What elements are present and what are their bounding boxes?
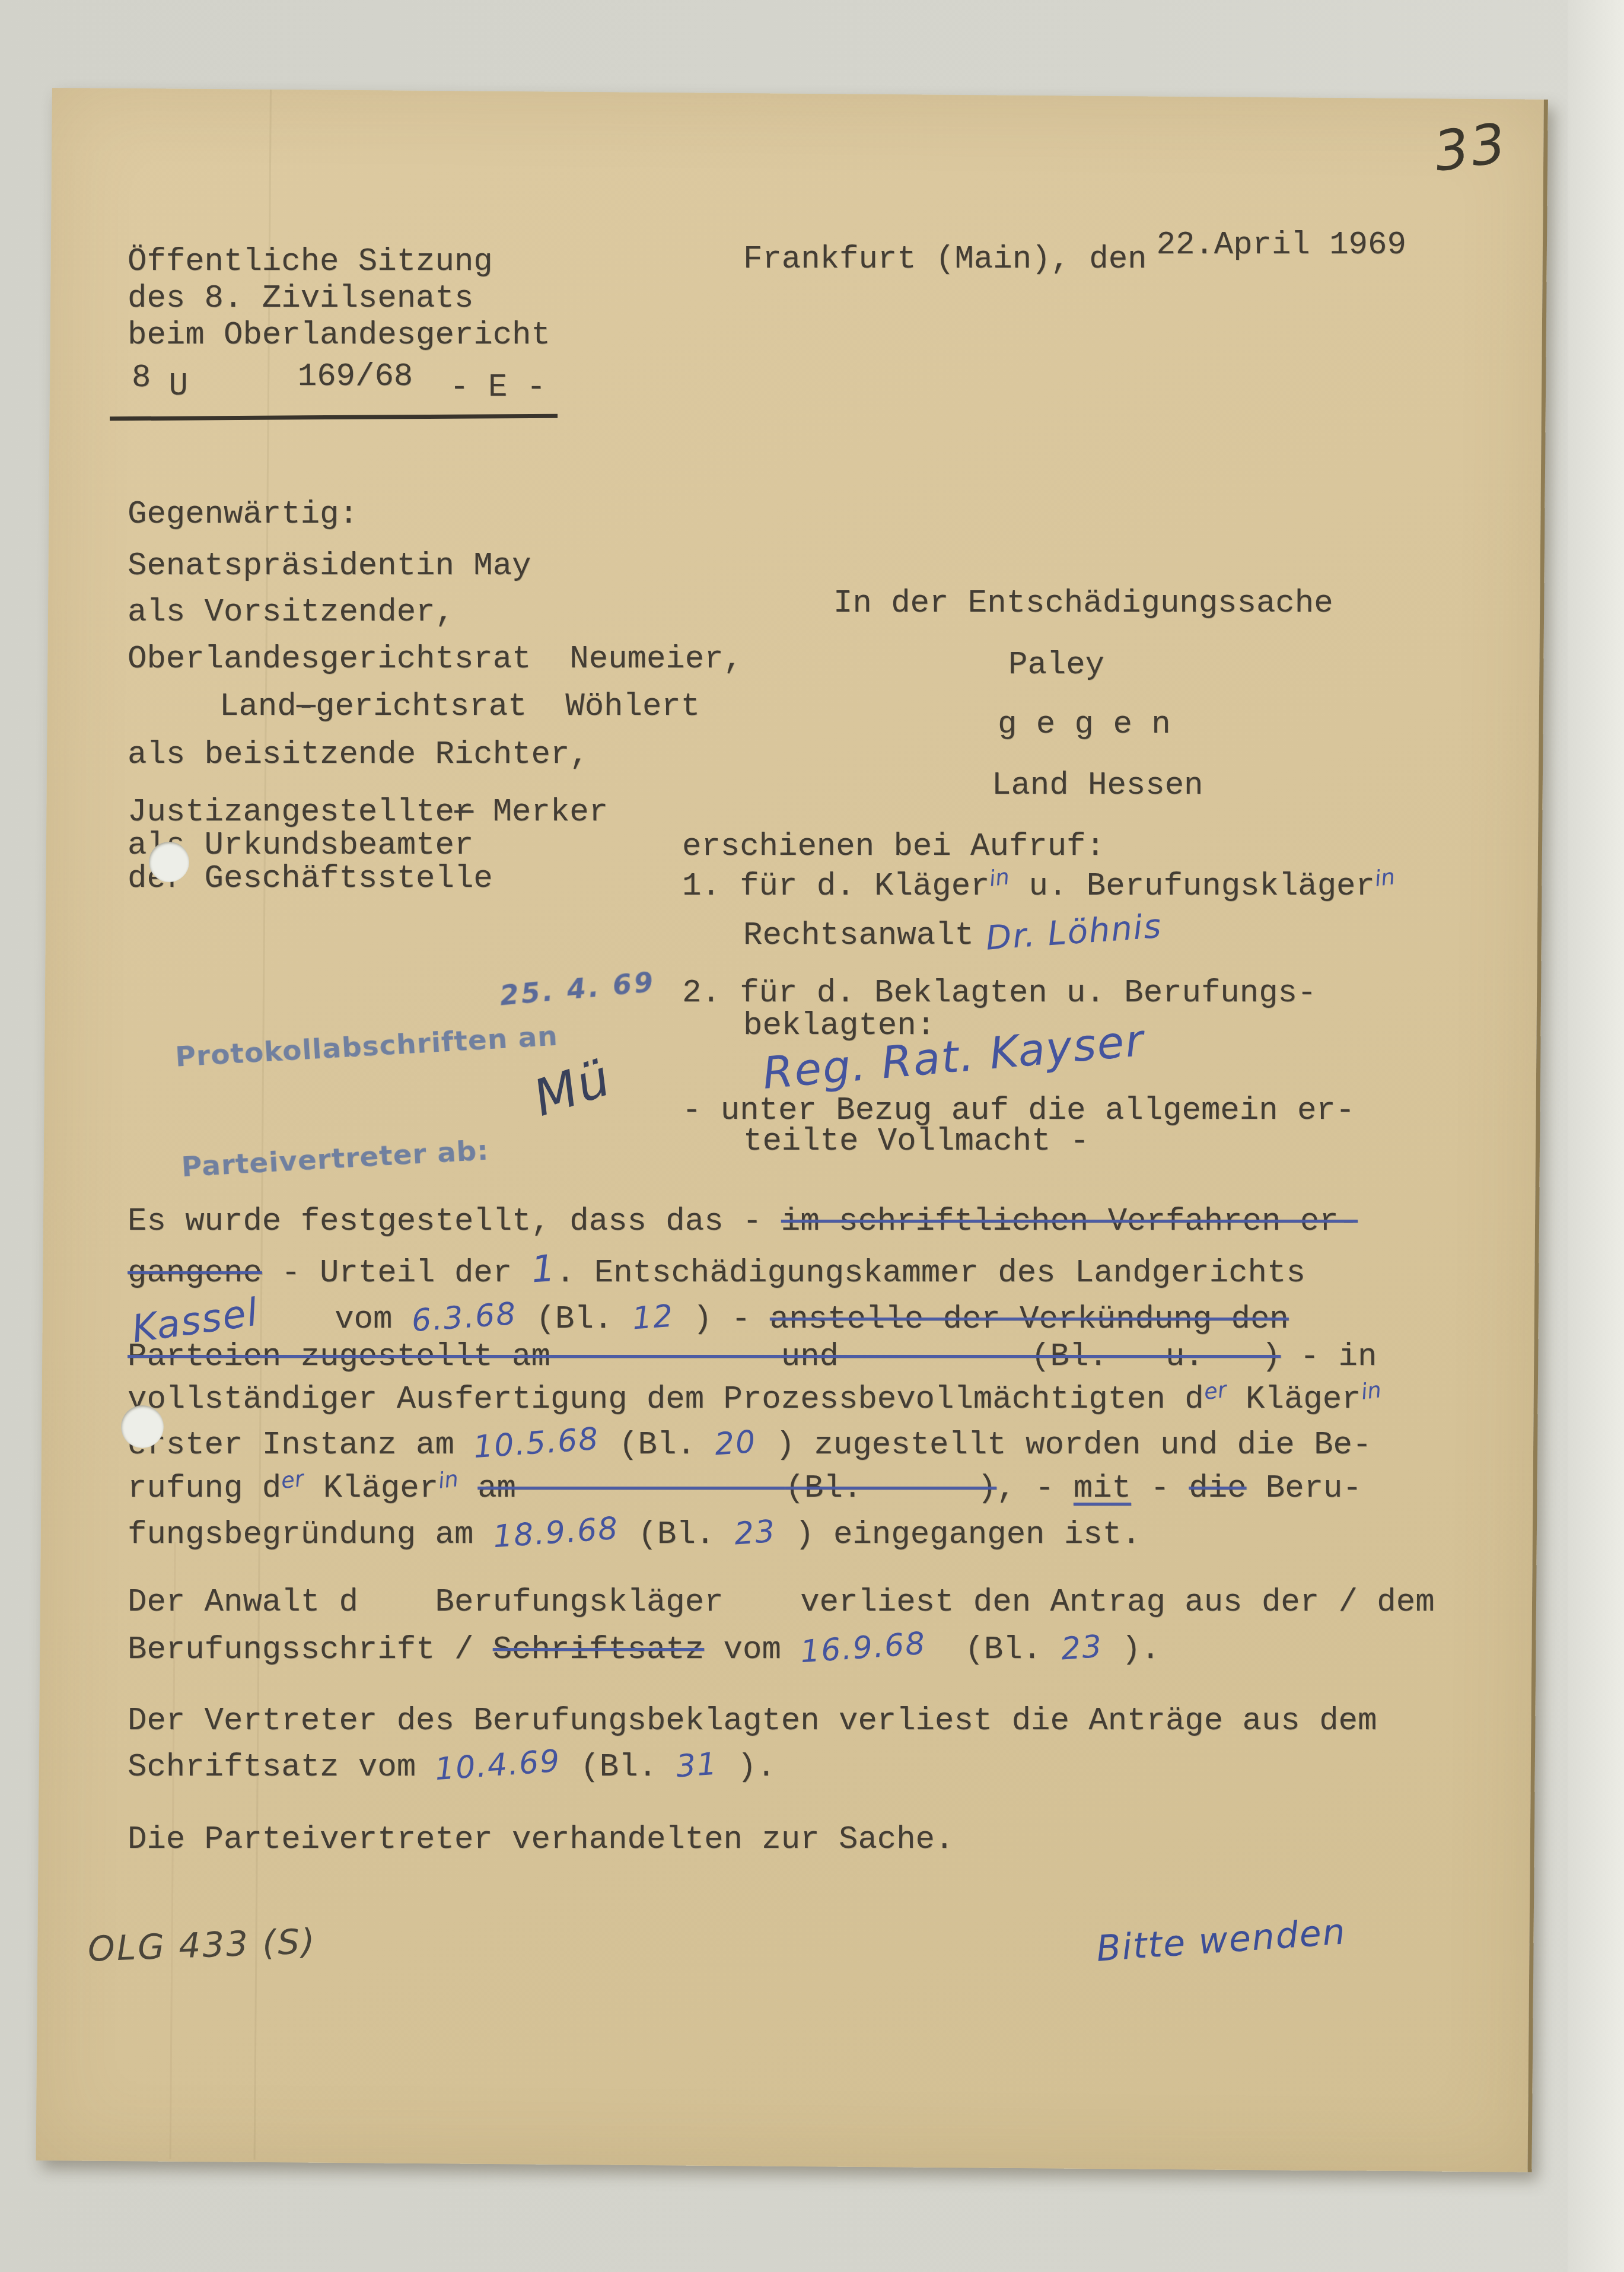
typed-text: In der Entschädigungssache (833, 585, 1333, 622)
struck-text: und (781, 1339, 839, 1375)
typed-text: Schriftsatz vom (128, 1749, 435, 1786)
typed-text: - E - (450, 370, 546, 406)
appearance-heading: erschienen bei Aufruf: (682, 829, 1105, 864)
struck-blank (516, 1471, 785, 1507)
typed-text: als Vorsitzender, (128, 594, 454, 631)
typed-text: - in (1281, 1339, 1377, 1375)
body-line-9: Der Anwalt d Berufungskläger verliest de… (128, 1585, 1435, 1620)
header-session-line-2: des 8. Zivilsenats (128, 281, 473, 316)
case-plaintiff: Paley (1008, 648, 1104, 683)
appearance-line-6: teilte Vollmacht - (743, 1124, 1089, 1159)
typed-text: Frankfurt (Main), den (743, 241, 1147, 278)
typed-text: - (1131, 1471, 1189, 1507)
underlined-text: mit (1074, 1471, 1131, 1507)
struck-text-dark: r (454, 794, 473, 830)
typed-text: (Bl. (926, 1632, 1061, 1668)
typed-text: 169/68 (298, 359, 413, 395)
present-line-5: als beisitzende Richter, (128, 737, 589, 772)
struck-text: Schriftsatz (493, 1632, 704, 1668)
struck-blank (550, 1339, 781, 1375)
struck-text: anstelle der Verkündung den (770, 1302, 1289, 1338)
handwritten-text: 12 (631, 1300, 675, 1337)
typed-text: ). (718, 1749, 776, 1786)
typed-text: fungsbegründung am (128, 1517, 493, 1553)
handwritten-text: Bitte wenden (1095, 1912, 1347, 1968)
handwritten-text: 18.9.68 (492, 1512, 620, 1555)
typed-text: beim Oberlandesgericht (128, 317, 550, 354)
footer-note: Bitte wenden (1096, 1921, 1346, 1962)
typed-text: ) eingegangen ist. (776, 1517, 1141, 1553)
struck-text: gangene (128, 1255, 262, 1291)
typed-text: Merker (473, 794, 608, 830)
handwritten-insertion: in (1374, 865, 1396, 891)
body-line-7: rufung der Klägerin am (Bl. ), - mit - d… (128, 1471, 1362, 1506)
struck-text: (Bl. u. ) (1031, 1339, 1281, 1375)
handwritten-text: 10.5.68 (473, 1423, 601, 1465)
struck-text: (Bl. ) (785, 1471, 996, 1507)
typed-text: , - (996, 1471, 1074, 1507)
typed-text (458, 1471, 477, 1507)
typed-text: Die Parteivertreter verhandelten zur Sac… (128, 1822, 954, 1858)
struck-text: im schriftlichen Verfahren er- (781, 1204, 1358, 1240)
handwritten-insertion: in (988, 865, 1011, 891)
struck-blank (839, 1339, 1031, 1375)
typed-text: Paley (1008, 647, 1104, 683)
typed-text: u. Berufungskläger (1010, 868, 1375, 905)
typed-text: (Bl. (600, 1427, 715, 1463)
body-line-10: Berufungsschrift / Schriftsatz vom 16.9.… (128, 1631, 1160, 1668)
typed-text: ) - (674, 1302, 770, 1338)
punch-hole (121, 1405, 164, 1448)
body-line-5: vollständiger Ausfertigung dem Prozessbe… (128, 1382, 1381, 1417)
appearance-signature: Reg. Rat. Kayser (762, 1033, 1145, 1081)
handwritten-text: 1 (530, 1248, 557, 1290)
struck-text: am (477, 1471, 516, 1507)
typed-text: (Bl. (561, 1749, 676, 1786)
typed-text: g e g e n (998, 707, 1171, 743)
handwritten-text-dark: OLG 433 (S) (87, 1923, 317, 1968)
typed-text: Land (219, 689, 297, 725)
typed-text: - Urteil der (262, 1255, 531, 1291)
handwritten-text: 6.3.68 (410, 1297, 518, 1338)
typed-text: ) zugestellt worden und die Be- (756, 1427, 1371, 1463)
typed-text: . Entschädigungskammer des Landgerichts (556, 1255, 1305, 1291)
typed-text: Land Hessen (992, 768, 1203, 804)
typed-text: ). (1103, 1632, 1160, 1668)
handwritten-text: Mü (527, 1050, 617, 1126)
body-line-3: Kassel vom 6.3.68 (Bl. 12 ) - anstelle d… (132, 1294, 1289, 1337)
typed-text: als beisitzende Richter, (128, 737, 589, 773)
typed-text: vom (316, 1302, 412, 1338)
typed-text: rufung d (128, 1471, 281, 1507)
present-line-1: Senatspräsidentin May (128, 549, 531, 584)
document-text-layer: 33Öffentliche Sitzungdes 8. Zivilsenatsb… (0, 0, 1624, 2272)
typed-text: Senatspräsidentin May (128, 548, 531, 584)
footer-form-code: OLG 433 (S) (88, 1927, 317, 1966)
handwritten-text-dark: 33 (1431, 113, 1511, 182)
typed-text: U (168, 368, 187, 405)
present-line-3: Oberlandesgerichtsrat Neumeier, (128, 642, 743, 677)
handwritten-insertion: in (437, 1467, 460, 1493)
typed-text: Justizangestellte (128, 794, 454, 830)
typed-text: erschienen bei Aufruf: (682, 829, 1105, 865)
typed-text: teilte Vollmacht - (743, 1124, 1089, 1160)
present-heading: Gegenwärtig: (128, 497, 358, 532)
handwritten-insertion: in (1359, 1378, 1382, 1404)
typed-text: vom (704, 1632, 800, 1668)
typed-text: (Bl. (619, 1517, 734, 1553)
typed-text: Gegenwärtig: (128, 497, 358, 533)
scanned-court-protocol: { "colors": { "backing_grey": "#d4d4cc",… (0, 0, 1624, 2272)
body-line-12: Schriftsatz vom 10.4.69 (Bl. 31 ). (128, 1749, 776, 1785)
typed-text: 22.April 1969 (1157, 227, 1406, 263)
body-line-2: gangene - Urteil der 1. Entschädigungska… (128, 1249, 1305, 1291)
handwritten-insertion: er (280, 1467, 305, 1494)
struck-text: die (1189, 1471, 1246, 1507)
typed-text: Rechtsanwalt (743, 918, 974, 954)
body-line-11: Der Vertreter des Berufungsbeklagten ver… (128, 1704, 1377, 1739)
typed-text: Der Anwalt d Berufungskläger verliest de… (128, 1584, 1435, 1621)
typed-text: Öffentliche Sitzung (128, 244, 493, 280)
body-line-8: fungsbegründung am 18.9.68 (Bl. 23 ) ein… (128, 1516, 1141, 1552)
header-session-line-1: Öffentliche Sitzung (128, 244, 493, 279)
present-line-6: Justizangestellter Merker (128, 795, 608, 830)
case-versus: g e g e n (998, 707, 1171, 742)
handwritten-text: 23 (733, 1515, 777, 1552)
typed-text: vollständiger Ausfertigung dem Prozessbe… (128, 1382, 1204, 1418)
typed-text: Berufungsschrift / (128, 1632, 493, 1668)
typed-text: Beru- (1246, 1471, 1361, 1507)
typed-text: 8 (132, 360, 151, 396)
body-line-6: erster Instanz am 10.5.68 (Bl. 20 ) zuge… (128, 1427, 1371, 1463)
appearance-line-2: Rechtsanwalt Dr. Löhnis (743, 915, 1162, 953)
body-line-4: Parteien zugestellt am und (Bl. u. ) - i… (128, 1339, 1377, 1374)
case-in-re: In der Entschädigungssache (833, 586, 1333, 621)
handwritten-text: 20 (714, 1425, 757, 1462)
typed-text: (Bl. (517, 1302, 632, 1338)
typed-text: des 8. Zivilsenats (128, 281, 473, 317)
handwritten-text: Dr. Löhnis (973, 908, 1163, 958)
struck-text: Parteien zugestellt am (128, 1339, 550, 1375)
place-date-line: Frankfurt (Main), den22.April 1969 (743, 242, 1406, 277)
typed-text: Der Vertreter des Berufungsbeklagten ver… (128, 1703, 1377, 1739)
handwritten-insertion: er (1202, 1378, 1228, 1405)
body-line-13: Die Parteivertreter verhandelten zur Sac… (128, 1822, 954, 1857)
present-line-4: Land-gerichtsrat Wöhlert (219, 689, 700, 724)
page-number: 33 (1434, 117, 1507, 177)
header-session-line-3: beim Oberlandesgericht (128, 318, 550, 353)
typed-text: 2. für d. Beklagten u. Berufungs- (682, 975, 1316, 1011)
appearance-line-1: 1. für d. Klägerin u. Berufungsklägerin (682, 869, 1395, 904)
body-line-1: Es wurde festgestellt, dass das - im sch… (128, 1204, 1358, 1239)
handwritten-text: 10.4.69 (434, 1745, 562, 1787)
typed-text: erster Instanz am (128, 1427, 473, 1463)
typed-text: Es wurde festgestellt, dass das - (128, 1204, 781, 1240)
case-number-line: 8U169/68- E - (132, 361, 546, 396)
typed-text: Oberlandesgerichtsrat Neumeier, (128, 641, 743, 677)
struck-text-dark: - (297, 689, 316, 725)
appearance-line-3: 2. für d. Beklagten u. Berufungs- (682, 976, 1316, 1011)
typed-text: Kläger (1227, 1382, 1361, 1418)
punch-hole (149, 842, 189, 882)
handwritten-text: 16.9.68 (799, 1627, 927, 1670)
margin-initials: Mü (534, 1061, 611, 1115)
typed-text: 1. für d. Kläger (682, 868, 989, 905)
typed-text: gerichtsrat Wöhlert (316, 689, 700, 725)
case-defendant: Land Hessen (992, 768, 1203, 803)
handwritten-text: 31 (675, 1748, 719, 1784)
present-line-2: als Vorsitzender, (128, 595, 454, 630)
handwritten-text: 23 (1060, 1630, 1104, 1667)
typed-text: Kläger (304, 1471, 438, 1507)
